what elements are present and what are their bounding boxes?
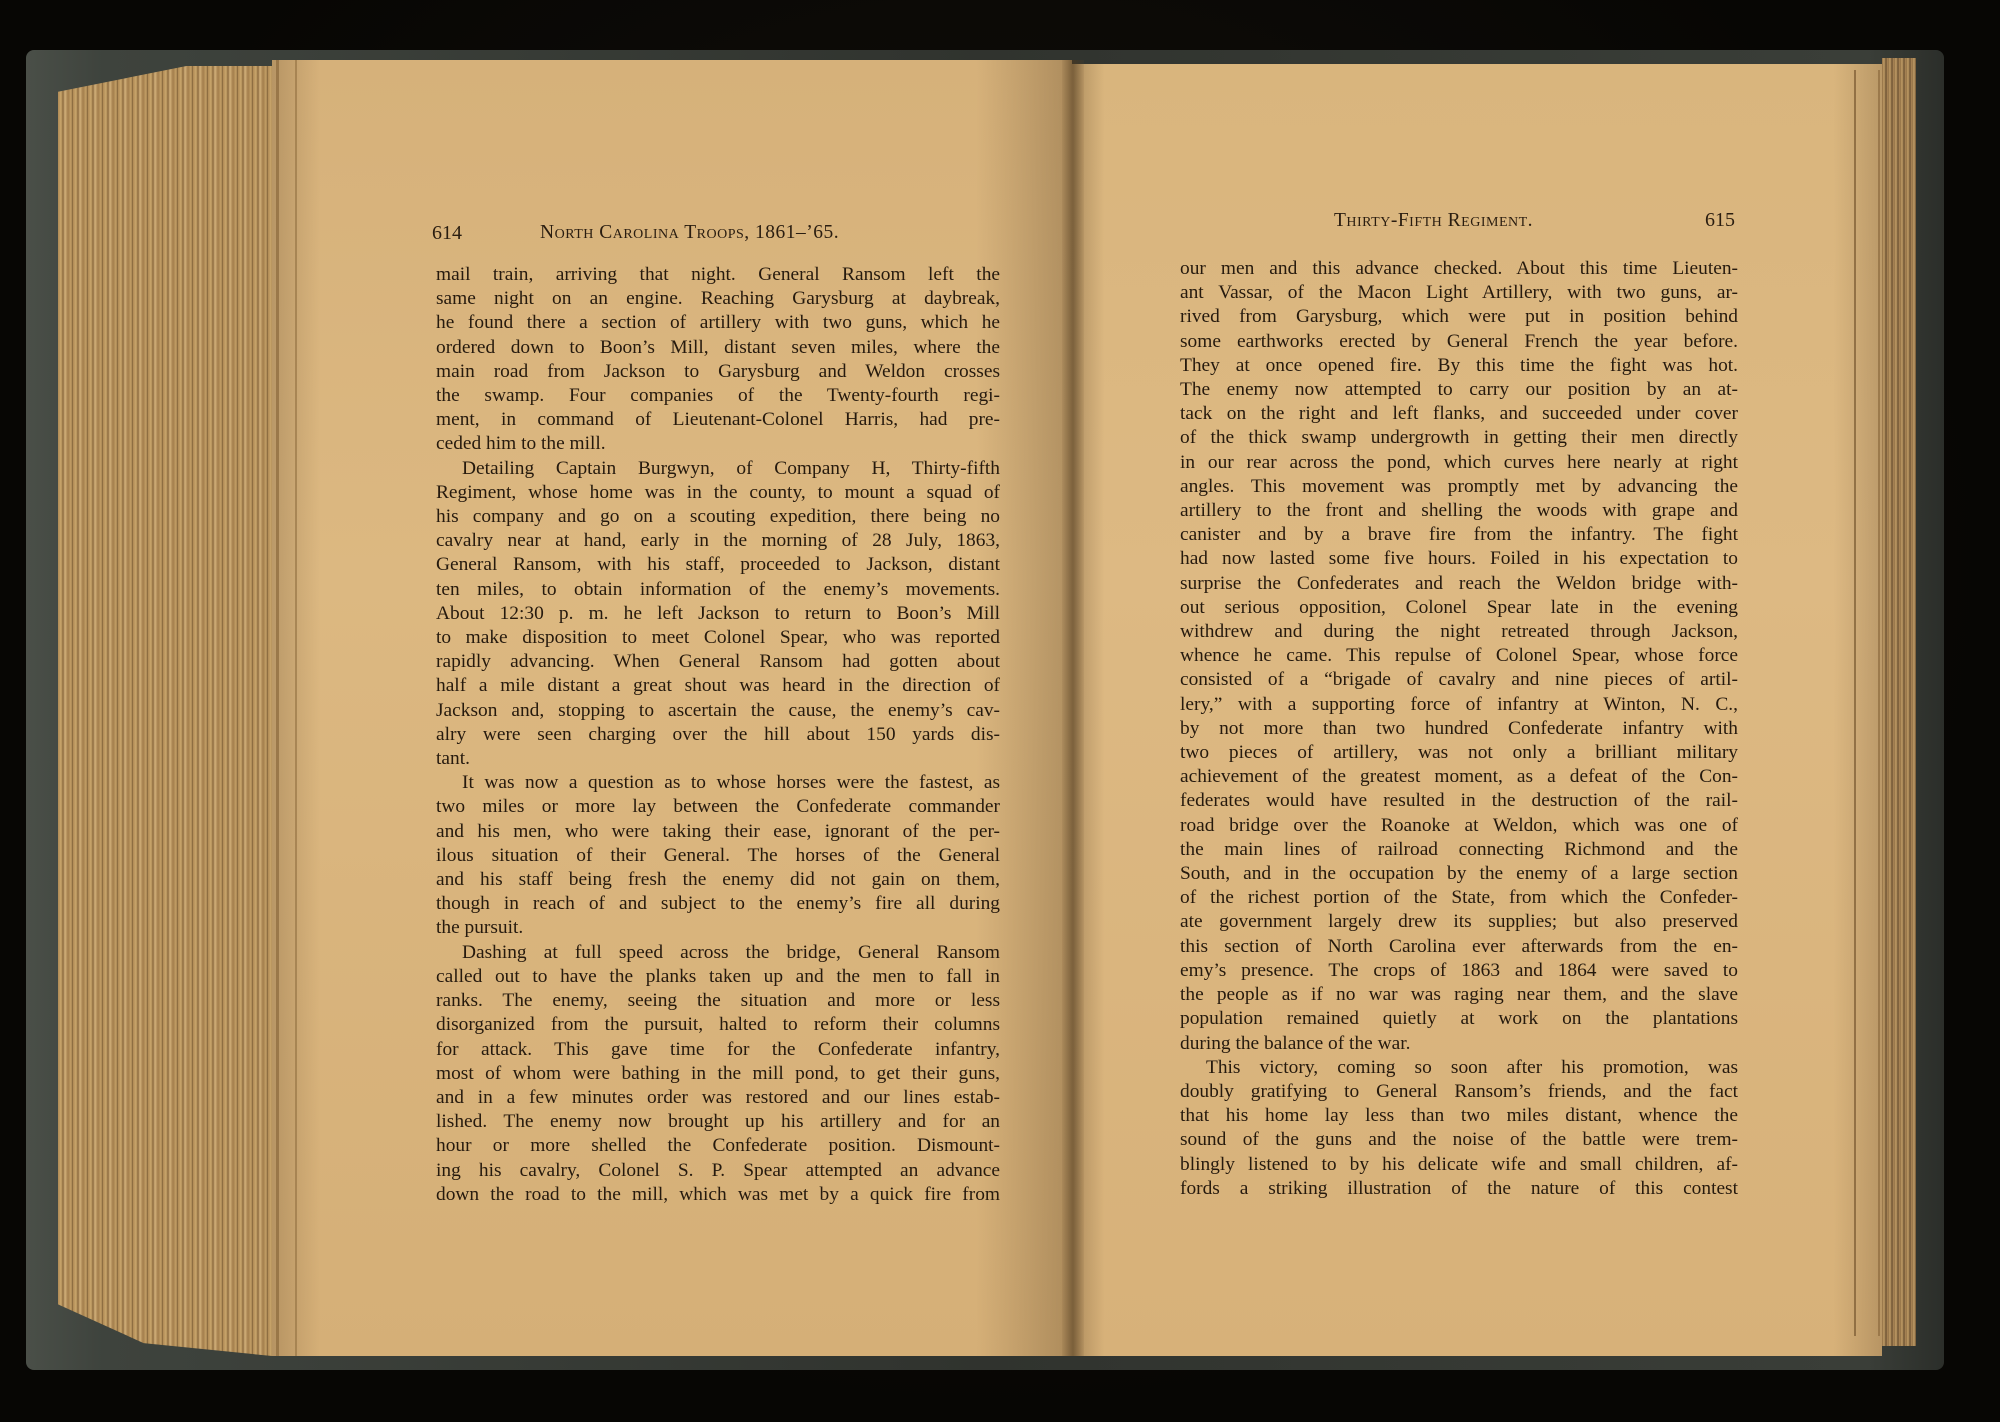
text-line: this section of North Carolina ever afte… bbox=[1180, 935, 1738, 959]
text-line: It was now a question as to whose horses… bbox=[436, 771, 1000, 795]
text-line: consisted of a “brigade of cavalry and n… bbox=[1180, 668, 1738, 692]
text-line: to make disposition to meet Colonel Spea… bbox=[436, 626, 1000, 650]
text-line: ranks. The enemy, seeing the situation a… bbox=[436, 989, 1000, 1013]
text-line: some earthworks erected by General Frenc… bbox=[1180, 330, 1738, 354]
text-line: ment, in command of Lieutenant-Colonel H… bbox=[436, 408, 1000, 432]
text-line: withdrew and during the night retreated … bbox=[1180, 620, 1738, 644]
text-line: achievement of the greatest moment, as a… bbox=[1180, 765, 1738, 789]
text-line: two miles or more lay between the Confed… bbox=[436, 795, 1000, 819]
text-line: most of whom were bathing in the mill po… bbox=[436, 1062, 1000, 1086]
text-line: the swamp. Four companies of the Twenty-… bbox=[436, 384, 1000, 408]
text-line: called out to have the planks taken up a… bbox=[436, 965, 1000, 989]
text-line: his company and go on a scouting expedit… bbox=[436, 505, 1000, 529]
text-line: About 12:30 p. m. he left Jackson to ret… bbox=[436, 602, 1000, 626]
right-running-head: Thirty-Fifth Regiment. bbox=[1334, 210, 1533, 232]
text-line: doubly gratifying to General Ransom’s fr… bbox=[1180, 1080, 1738, 1104]
text-line: of the richest portion of the State, fro… bbox=[1180, 886, 1738, 910]
text-line: cavalry near at hand, early in the morni… bbox=[436, 529, 1000, 553]
text-line: mail train, arriving that night. General… bbox=[436, 263, 1000, 287]
text-line: They at once opened fire. By this time t… bbox=[1180, 354, 1738, 378]
text-line: hour or more shelled the Confederate pos… bbox=[436, 1134, 1000, 1158]
text-line: during the balance of the war. bbox=[1180, 1032, 1738, 1056]
text-line: federates would have resulted in the des… bbox=[1180, 789, 1738, 813]
text-line: The enemy now attempted to carry our pos… bbox=[1180, 378, 1738, 402]
text-line: sound of the guns and the noise of the b… bbox=[1180, 1128, 1738, 1152]
text-line: ten miles, to obtain information of the … bbox=[436, 578, 1000, 602]
text-line: and in a few minutes order was restored … bbox=[436, 1086, 1000, 1110]
text-line: for attack. This gave time for the Confe… bbox=[436, 1038, 1000, 1062]
right-page-stack-edge bbox=[1882, 58, 1916, 1346]
text-line: in our rear across the pond, which curve… bbox=[1180, 451, 1738, 475]
text-line: the people as if no war was raging near … bbox=[1180, 983, 1738, 1007]
text-line: Jackson and, stopping to ascertain the c… bbox=[436, 699, 1000, 723]
text-line: alry were seen charging over the hill ab… bbox=[436, 723, 1000, 747]
text-line: though in reach of and subject to the en… bbox=[436, 892, 1000, 916]
text-line: Dashing at full speed across the bridge,… bbox=[436, 941, 1000, 965]
text-line: same night on an engine. Reaching Garysb… bbox=[436, 287, 1000, 311]
text-line: disorganized from the pursuit, halted to… bbox=[436, 1013, 1000, 1037]
left-page-stack-edge bbox=[58, 66, 272, 1356]
text-line: artillery to the front and shelling the … bbox=[1180, 499, 1738, 523]
text-line: blingly listened to by his delicate wife… bbox=[1180, 1153, 1738, 1177]
text-line: half a mile distant a great shout was he… bbox=[436, 674, 1000, 698]
text-line: and his men, who were taking their ease,… bbox=[436, 820, 1000, 844]
text-line: the main lines of railroad connecting Ri… bbox=[1180, 838, 1738, 862]
text-line: General Ransom, with his staff, proceede… bbox=[436, 553, 1000, 577]
text-line: our men and this advance checked. About … bbox=[1180, 257, 1738, 281]
text-line: angles. This movement was promptly met b… bbox=[1180, 475, 1738, 499]
text-line: rapidly advancing. When General Ransom h… bbox=[436, 650, 1000, 674]
text-line: the pursuit. bbox=[436, 916, 1000, 940]
text-line: South, and in the occupation by the enem… bbox=[1180, 862, 1738, 886]
text-line: ceded him to the mill. bbox=[436, 432, 1000, 456]
text-line: population remained quietly at work on t… bbox=[1180, 1007, 1738, 1031]
text-line: down the road to the mill, which was met… bbox=[436, 1183, 1000, 1207]
text-line: road bridge over the Roanoke at Weldon, … bbox=[1180, 814, 1738, 838]
text-line: main road from Jackson to Garysburg and … bbox=[436, 360, 1000, 384]
text-line: and his staff being fresh the enemy did … bbox=[436, 868, 1000, 892]
text-line: fords a striking illustration of the nat… bbox=[1180, 1177, 1738, 1201]
text-line: This victory, coming so soon after his p… bbox=[1180, 1056, 1738, 1080]
right-page-number: 615 bbox=[1705, 209, 1735, 232]
text-line: Regiment, whose home was in the county, … bbox=[436, 481, 1000, 505]
text-line: out serious opposition, Colonel Spear la… bbox=[1180, 596, 1738, 620]
text-line: emy’s presence. The crops of 1863 and 18… bbox=[1180, 959, 1738, 983]
text-line: of the thick swamp undergrowth in gettin… bbox=[1180, 426, 1738, 450]
book-gutter bbox=[1062, 60, 1084, 1356]
text-line: ilous situation of their General. The ho… bbox=[436, 844, 1000, 868]
left-page-body: mail train, arriving that night. General… bbox=[436, 263, 1000, 1207]
text-line: ate government largely drew its supplies… bbox=[1180, 910, 1738, 934]
text-line: lished. The enemy now brought up his art… bbox=[436, 1110, 1000, 1134]
text-line: rived from Garysburg, which were put in … bbox=[1180, 305, 1738, 329]
book-photo-scene: 614 North Carolina Troops, 1861–’65. mai… bbox=[0, 0, 2000, 1422]
text-line: tack on the right and left flanks, and s… bbox=[1180, 402, 1738, 426]
text-line: tant. bbox=[436, 747, 1000, 771]
left-running-head: North Carolina Troops, 1861–’65. bbox=[540, 222, 839, 244]
right-page-body: our men and this advance checked. About … bbox=[1180, 257, 1738, 1201]
text-line: ordered down to Boon’s Mill, distant sev… bbox=[436, 336, 1000, 360]
text-line: surprise the Confederates and reach the … bbox=[1180, 572, 1738, 596]
text-line: Detailing Captain Burgwyn, of Company H,… bbox=[436, 457, 1000, 481]
text-line: had now lasted some five hours. Foiled i… bbox=[1180, 547, 1738, 571]
text-line: ant Vassar, of the Macon Light Artillery… bbox=[1180, 281, 1738, 305]
text-line: two pieces of artillery, was not only a … bbox=[1180, 741, 1738, 765]
text-line: whence he came. This repulse of Colonel … bbox=[1180, 644, 1738, 668]
text-line: he found there a section of artillery wi… bbox=[436, 311, 1000, 335]
text-line: canister and by a brave fire from the in… bbox=[1180, 523, 1738, 547]
text-line: ing his cavalry, Colonel S. P. Spear att… bbox=[436, 1159, 1000, 1183]
text-line: by not more than two hundred Confederate… bbox=[1180, 717, 1738, 741]
text-line: lery,” with a supporting force of infant… bbox=[1180, 693, 1738, 717]
left-page-number: 614 bbox=[432, 222, 462, 245]
text-line: that his home lay less than two miles di… bbox=[1180, 1104, 1738, 1128]
